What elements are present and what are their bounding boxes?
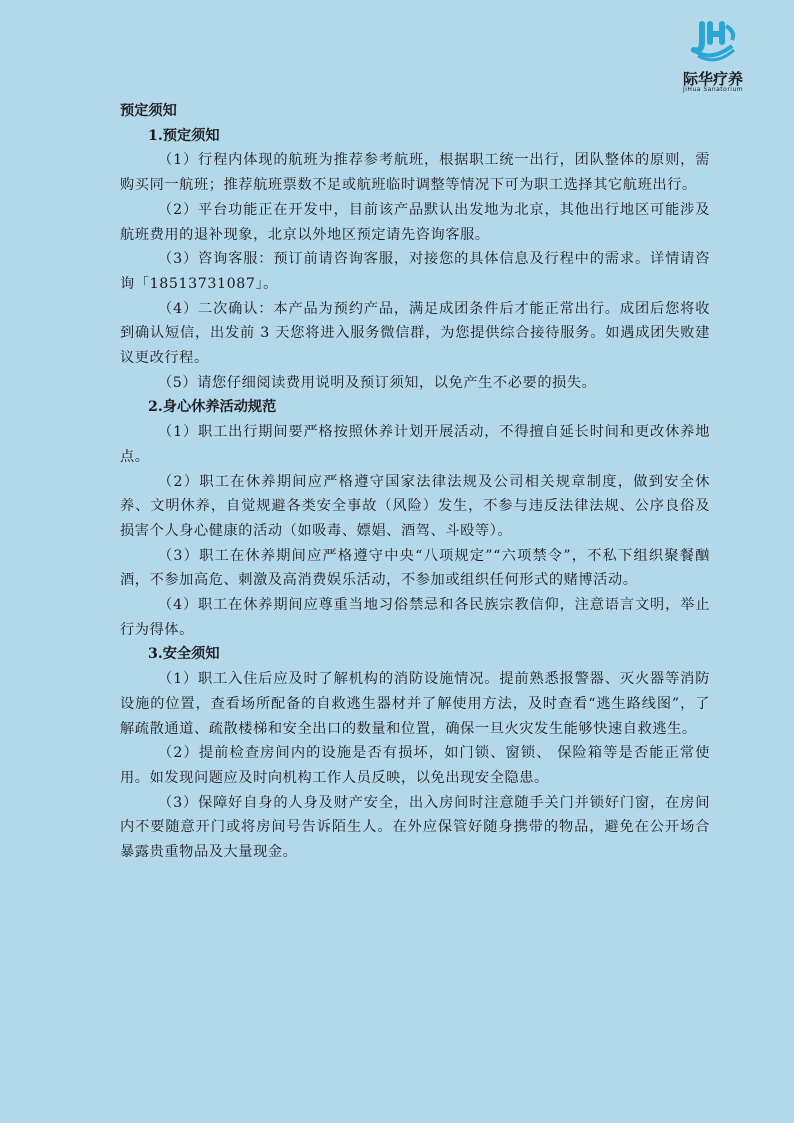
paragraph: （1）职工入住后应及时了解机构的消防设施情况。提前熟悉报警器、灭火器等消防设施的…	[120, 667, 710, 741]
section-title: 2.身心休养活动规范	[120, 395, 710, 420]
paragraph: （4）职工在休养期间应尊重当地习俗禁忌和各民族宗教信仰，注意语言文明，举止行为得…	[120, 593, 710, 642]
paragraph: （4）二次确认：本产品为预约产品，满足成团条件后才能正常出行。成团后您将收到确认…	[120, 297, 710, 371]
document-body: 预定须知 1.预定须知 （1）行程内体现的航班为推荐参考航班，根据职工统一出行，…	[120, 99, 710, 865]
brand-logo: 际华疗养 JiHua Sanatorium	[683, 18, 773, 93]
brand-name-en: JiHua Sanatorium	[683, 86, 773, 93]
jh-monogram-icon	[688, 18, 740, 64]
section-title: 1.预定须知	[120, 124, 710, 149]
paragraph: （1）职工出行期间要严格按照休养计划开展活动，不得擅自延长时间和更改休养地点。	[120, 420, 710, 469]
paragraph: （2）职工在休养期间应严格遵守国家法律法规及公司相关规章制度，做到安全休养、文明…	[120, 470, 710, 544]
paragraph: （3）职工在休养期间应严格遵守中央“八项规定”“六项禁令”，不私下组织聚餐酗酒，…	[120, 544, 710, 593]
paragraph: （5）请您仔细阅读费用说明及预订须知，以免产生不必要的损失。	[120, 371, 710, 396]
paragraph: （1）行程内体现的航班为推荐参考航班，根据职工统一出行，团队整体的原则，需购买同…	[120, 148, 710, 197]
section-title: 3.安全须知	[120, 642, 710, 667]
paragraph: （2）提前检查房间内的设施是否有损坏，如门锁、窗锁、 保险箱等是否能正常使用。如…	[120, 741, 710, 790]
paragraph: （3）保障好自身的人身及财产安全，出入房间时注意随手关门并锁好门窗，在房间内不要…	[120, 791, 710, 865]
document-title: 预定须知	[120, 99, 710, 124]
paragraph: （2）平台功能正在开发中，目前该产品默认出发地为北京，其他出行地区可能涉及航班费…	[120, 198, 710, 247]
paragraph: （3）咨询客服：预订前请咨询客服，对接您的具体信息及行程中的需求。详情请咨询「1…	[120, 247, 710, 296]
